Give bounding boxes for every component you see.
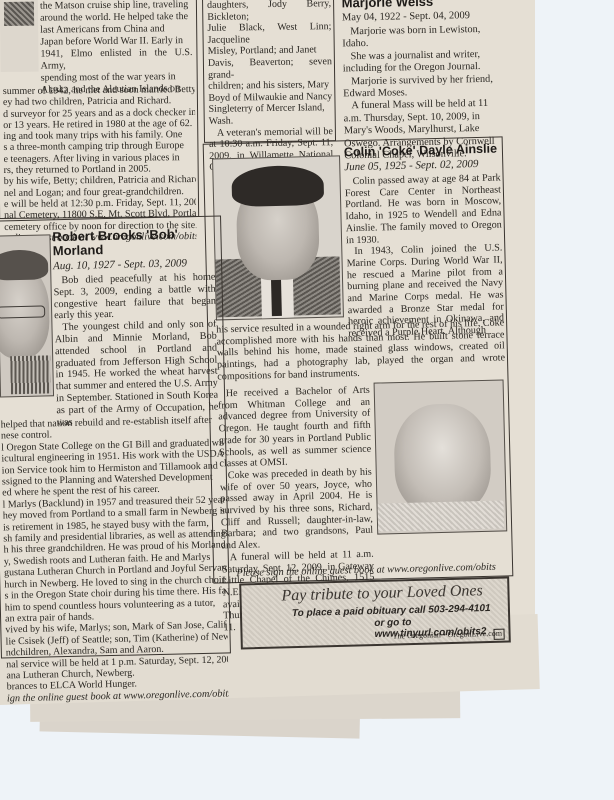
photo-fragment: [0, 0, 39, 72]
obit-name: Colin 'Coke' Dayle Ainslie: [344, 141, 500, 159]
obit-body-part1: Colin passed away at age 84 at Park Fore…: [345, 172, 505, 340]
photo-bob-morland: [0, 234, 54, 397]
oregonlive-logo-icon: [493, 629, 504, 640]
obit-body-part1: Bob died peacefully at his home Sept. 3,…: [53, 272, 218, 429]
obit-body-part2: helped that nation rebuild and re-establ…: [1, 414, 229, 704]
obit-dates: Aug. 10, 1927 - Sept. 03, 2009: [53, 257, 215, 273]
ad-pay-tribute: Pay tribute to your Loved Ones To place …: [239, 576, 511, 649]
obit-name: Marjorie Weiss: [342, 0, 502, 10]
obit-top-left-text-a: the Matson cruise ship line, traveling a…: [40, 0, 193, 97]
obit-top-middle: daughters, Jody Berry, Bickleton; Julie …: [202, 0, 336, 143]
obit-morland-header: Robert Brooks 'Bob' Morland Aug. 10, 192…: [52, 227, 218, 429]
obit-ainslie: Colin 'Coke' Dayle Ainslie June 05, 1925…: [203, 136, 514, 583]
obit-dates: June 05, 1925 - Sept. 02, 2009: [344, 157, 500, 173]
ad-footer: The Oregonian • OregonLive.com: [392, 629, 502, 641]
obit-ainslie-header: Colin 'Coke' Dayle Ainslie June 05, 1925…: [344, 141, 505, 340]
obit-morland: Robert Brooks 'Bob' Morland Aug. 10, 192…: [0, 215, 231, 658]
photo-colin-ainslie-older: [374, 379, 508, 534]
ad-headline: Pay tribute to your Loved Ones: [281, 582, 483, 605]
obit-name: Robert Brooks 'Bob' Morland: [52, 227, 215, 259]
obit-body-part2: his service resulted in a wounded right …: [216, 317, 505, 383]
obit-top-left: the Matson cruise ship line, traveling a…: [0, 0, 199, 219]
photo-colin-ainslie: [212, 155, 344, 320]
obit-dates: May 04, 1922 - Sept. 04, 2009: [342, 10, 502, 24]
